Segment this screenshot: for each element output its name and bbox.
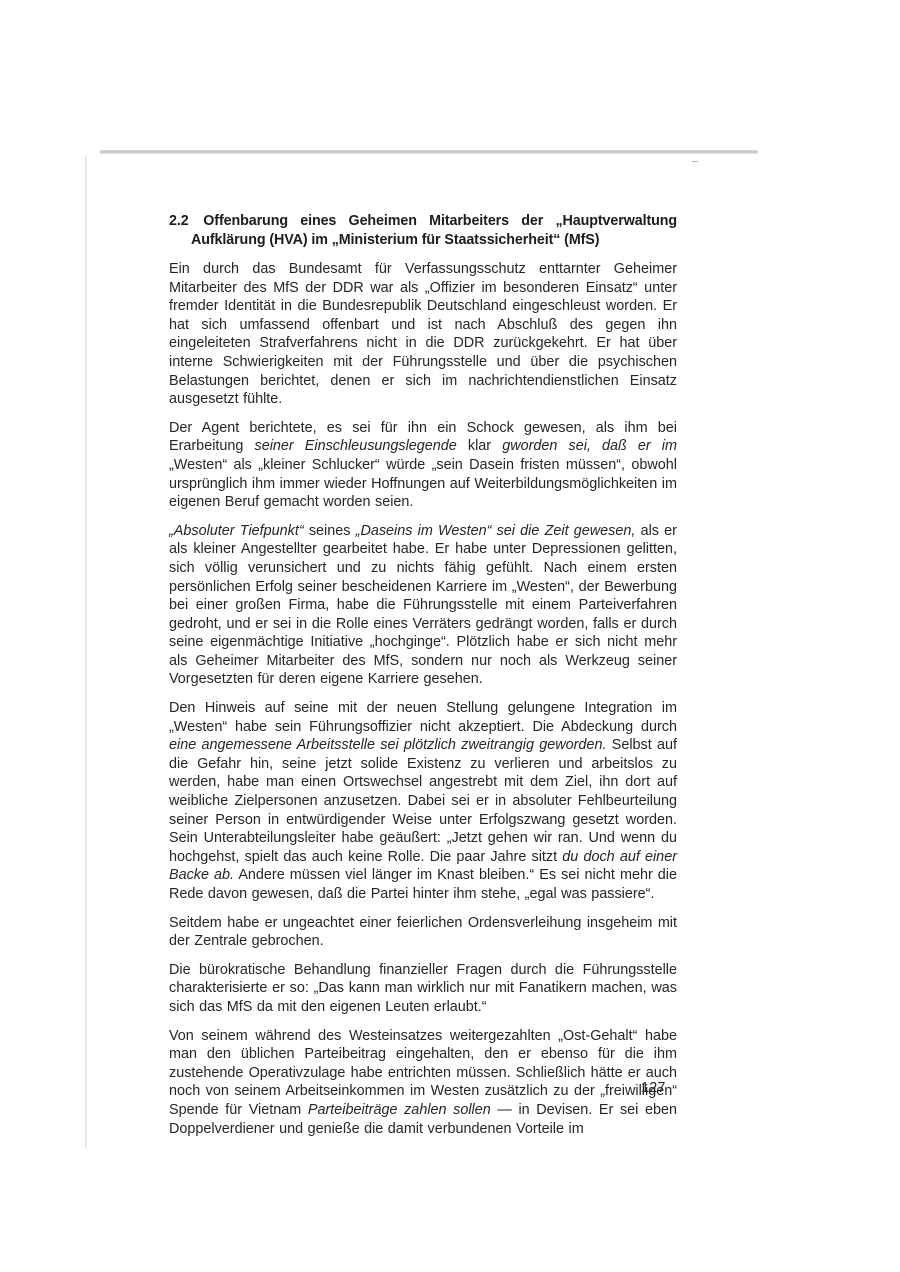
text-segment: klar xyxy=(457,438,502,454)
text-segment: Den Hinweis auf seine mit der neuen Stel… xyxy=(169,700,677,735)
italic-text-segment: seiner Einschleusungslegende xyxy=(255,438,457,454)
section-title: Offenbarung eines Geheimen Mitarbeiters … xyxy=(191,213,677,248)
body-paragraph: Die bürokratische Behandlung finanzielle… xyxy=(169,961,677,1017)
text-segment: Ein durch das Bundesamt für Verfassungss… xyxy=(169,261,677,407)
body-paragraph: Den Hinweis auf seine mit der neuen Stel… xyxy=(169,699,677,904)
italic-text-segment: gworden sei, daß er im xyxy=(502,438,677,454)
page-number: 127 xyxy=(641,1080,666,1096)
text-segment: Die bürokratische Behandlung finanzielle… xyxy=(169,962,677,1015)
body-paragraph: „Absoluter Tiefpunkt“ seines „Daseins im… xyxy=(169,522,677,689)
italic-text-segment: Parteibeiträge zahlen sollen xyxy=(308,1102,491,1118)
document-body: 2.2 Offenbarung eines Geheimen Mitarbeit… xyxy=(169,212,677,1148)
paragraphs-container: Ein durch das Bundesamt für Verfassungss… xyxy=(169,260,677,1138)
text-segment: „Westen“ als „kleiner Schlucker“ würde „… xyxy=(169,457,677,510)
body-paragraph: Ein durch das Bundesamt für Verfassungss… xyxy=(169,260,677,409)
scanned-page-top-edge xyxy=(100,150,758,154)
body-paragraph: Seitdem habe er ungeachtet einer feierli… xyxy=(169,914,677,951)
text-segment: Andere müssen viel länger im Knast bleib… xyxy=(169,867,677,902)
section-heading: 2.2 Offenbarung eines Geheimen Mitarbeit… xyxy=(169,212,677,250)
italic-text-segment: eine angemessene Arbeitsstelle sei plötz… xyxy=(169,737,606,753)
italic-text-segment: „Absoluter Tiefpunkt“ xyxy=(169,523,304,539)
body-paragraph: Von seinem während des Westeinsatzes wei… xyxy=(169,1027,677,1139)
text-segment: seines xyxy=(304,523,356,539)
body-paragraph: Der Agent berichtete, es sei für ihn ein… xyxy=(169,419,677,512)
italic-text-segment: „Daseins im Westen“ sei die Zeit gewesen… xyxy=(356,523,636,539)
scanned-page-left-edge xyxy=(85,156,87,1148)
text-segment: als er als kleiner Angestellter gearbeit… xyxy=(169,523,677,688)
text-segment: Seitdem habe er ungeachtet einer feierli… xyxy=(169,915,677,950)
text-segment: Selbst auf die Gefahr hin, seine jetzt s… xyxy=(169,737,677,865)
scan-speck xyxy=(692,161,698,162)
section-number: 2.2 xyxy=(169,212,191,231)
